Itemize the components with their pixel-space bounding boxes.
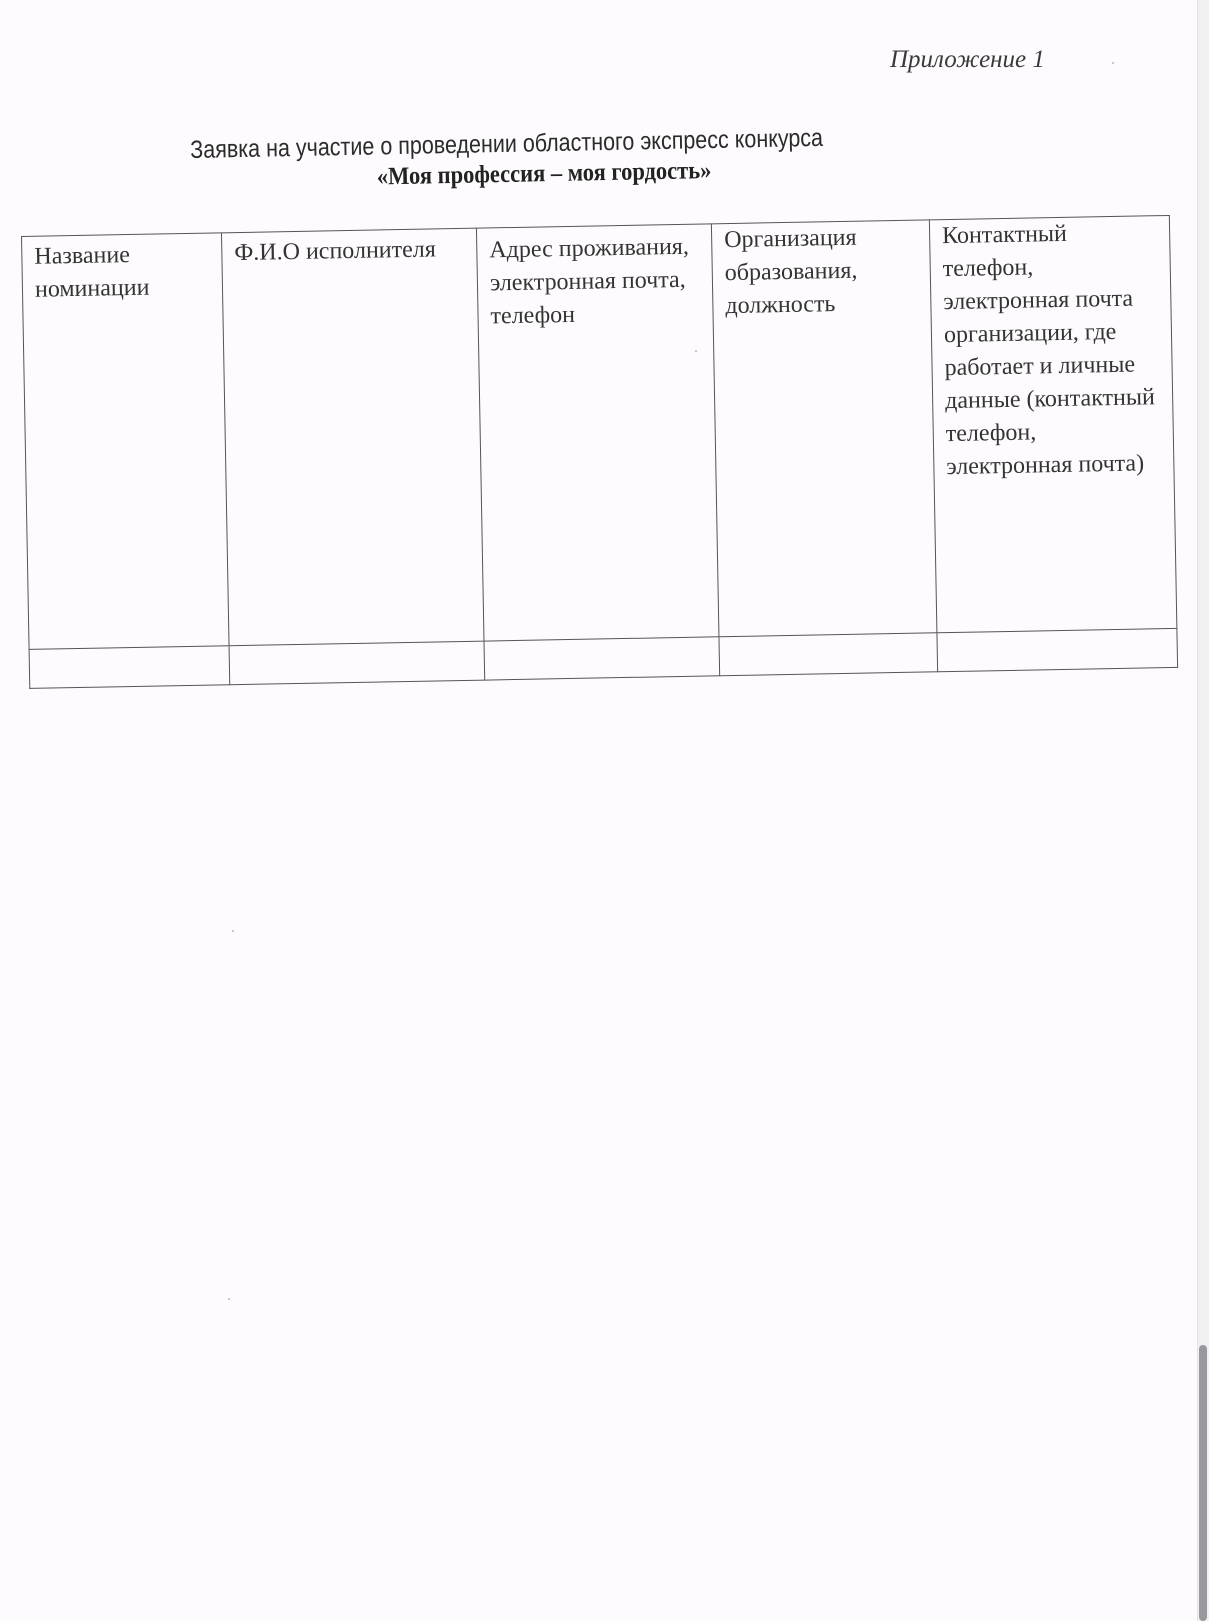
scan-speck bbox=[695, 350, 697, 352]
document-page: Приложение 1 Заявка на участие о проведе… bbox=[0, 0, 1198, 1621]
scan-speck bbox=[1112, 62, 1114, 64]
header-address: Адрес проживания, электронная почта, тел… bbox=[476, 224, 719, 641]
application-table: Название номинации Ф.И.О исполнителя Адр… bbox=[21, 215, 1178, 689]
form-title: Заявка на участие о проведении областног… bbox=[190, 120, 1011, 195]
header-contacts-label: Контактный телефон, электронная почта ор… bbox=[942, 216, 1164, 484]
header-full-name-label: Ф.И.О исполнителя bbox=[234, 233, 467, 270]
cell-address[interactable] bbox=[484, 637, 720, 680]
scrollbar-thumb[interactable] bbox=[1199, 1345, 1207, 1621]
table-header-row: Название номинации Ф.И.О исполнителя Адр… bbox=[22, 215, 1177, 649]
cell-organization[interactable] bbox=[719, 633, 938, 676]
scan-speck bbox=[232, 930, 234, 932]
header-organization-label: Организация образования, должность bbox=[724, 221, 921, 324]
cell-contacts[interactable] bbox=[937, 628, 1178, 671]
header-address-label: Адрес проживания, электронная почта, тел… bbox=[489, 231, 703, 334]
cell-full-name[interactable] bbox=[229, 641, 485, 685]
appendix-label: Приложение 1 bbox=[890, 46, 1045, 74]
header-nomination-label: Название номинации bbox=[34, 238, 212, 307]
header-contacts: Контактный телефон, электронная почта ор… bbox=[929, 215, 1177, 632]
header-organization: Организация образования, должность bbox=[711, 220, 937, 637]
scan-speck bbox=[228, 1298, 230, 1300]
cell-nomination[interactable] bbox=[29, 646, 230, 689]
document-viewer: Приложение 1 Заявка на участие о проведе… bbox=[0, 0, 1209, 1621]
header-nomination: Название номинации bbox=[22, 233, 230, 650]
vertical-scrollbar[interactable] bbox=[1197, 0, 1209, 1621]
header-full-name: Ф.И.О исполнителя bbox=[221, 228, 484, 646]
